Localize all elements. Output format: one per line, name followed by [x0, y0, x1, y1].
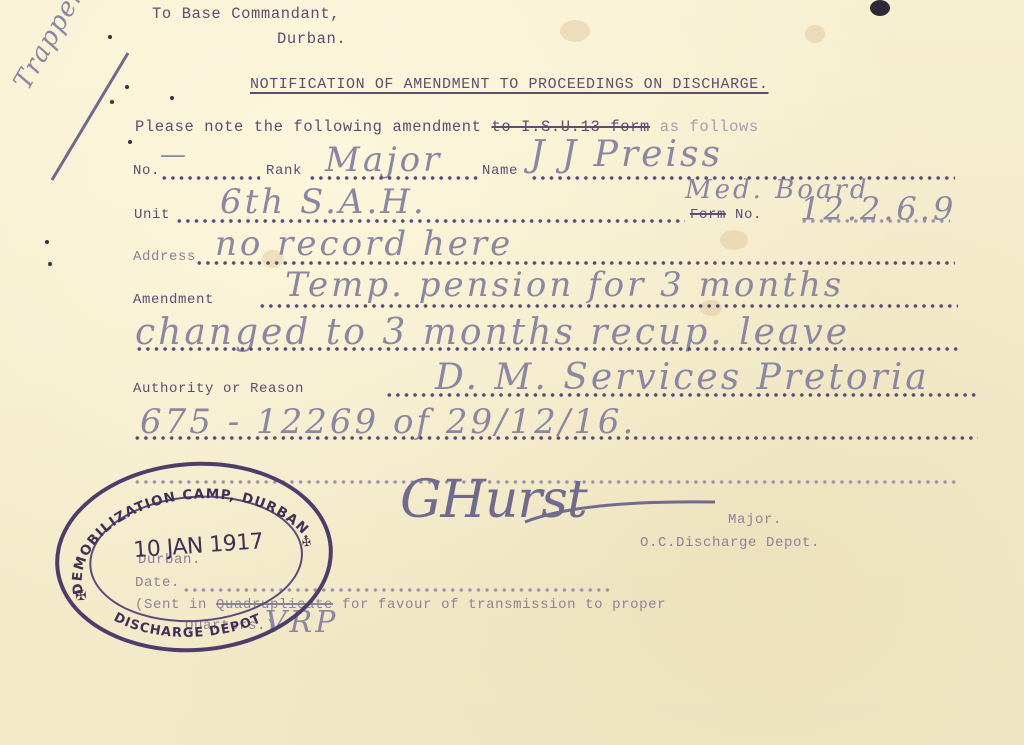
ink-speck — [108, 35, 112, 39]
authority-dotted-line-1 — [385, 393, 980, 397]
form-dotted-line — [800, 219, 950, 223]
margin-strike-line — [40, 45, 140, 185]
document-title: NOTIFICATION OF AMENDMENT TO PROCEEDINGS… — [250, 76, 768, 93]
name-label: Name — [482, 163, 518, 179]
authority-label: Authority or Reason — [133, 381, 304, 397]
note-suffix: for favour of transmission to proper — [333, 597, 666, 613]
amendment-label: Amendment — [133, 292, 214, 308]
no-value: — — [160, 140, 189, 170]
demobilization-stamp: DEMOBILIZATION CAMP, DURBAN. DISCHARGE D… — [49, 453, 340, 662]
signature-flourish — [520, 490, 720, 530]
rank-label: Rank — [266, 163, 302, 179]
svg-text:DISCHARGE DEPOT: DISCHARGE DEPOT — [110, 600, 264, 647]
ink-speck — [170, 96, 174, 100]
signatory-title: O.C.Discharge Depot. — [640, 535, 820, 551]
unit-label: Unit — [134, 207, 170, 223]
amendment-dotted-line-1 — [258, 304, 958, 308]
stamp-star-icon-right: ✠ — [302, 534, 312, 552]
address-value: no record here — [215, 224, 513, 264]
intro-prefix: Please note the following amendment — [135, 118, 491, 136]
amendment-dotted-line-2 — [135, 347, 960, 351]
address-label: Address — [133, 249, 196, 265]
authority-dotted-line-2 — [133, 436, 978, 440]
unit-value: 6th S.A.H. — [220, 182, 427, 222]
foxing-stain — [720, 230, 748, 250]
signatory-rank: Major. — [728, 512, 782, 528]
no-dotted-line — [160, 176, 260, 180]
ink-speck — [48, 262, 52, 266]
form-label-struck: Form — [690, 207, 726, 223]
name-value: J J Preiss — [530, 134, 723, 175]
foxing-stain — [805, 25, 825, 43]
authority-value-line-1: D. M. Services Pretoria — [435, 357, 930, 398]
ink-blot — [870, 0, 890, 16]
no-label: No. — [133, 163, 160, 179]
form-no-label: Form No. — [690, 207, 762, 223]
rank-dotted-line — [308, 176, 480, 180]
addressee-line-1: To Base Commandant, — [152, 5, 340, 23]
foxing-stain — [560, 20, 590, 42]
rank-value: Major — [325, 140, 442, 180]
unit-dotted-line — [175, 219, 685, 223]
stamp-bottom-text: DISCHARGE DEPOT — [110, 600, 264, 647]
stamp-star-icon-left: ✠ — [75, 584, 87, 607]
form-label-suffix: No. — [726, 207, 762, 223]
amendment-value-line-1: Temp. pension for 3 months — [285, 265, 844, 305]
ink-speck — [45, 240, 49, 244]
addressee-line-2: Durban. — [277, 30, 346, 48]
